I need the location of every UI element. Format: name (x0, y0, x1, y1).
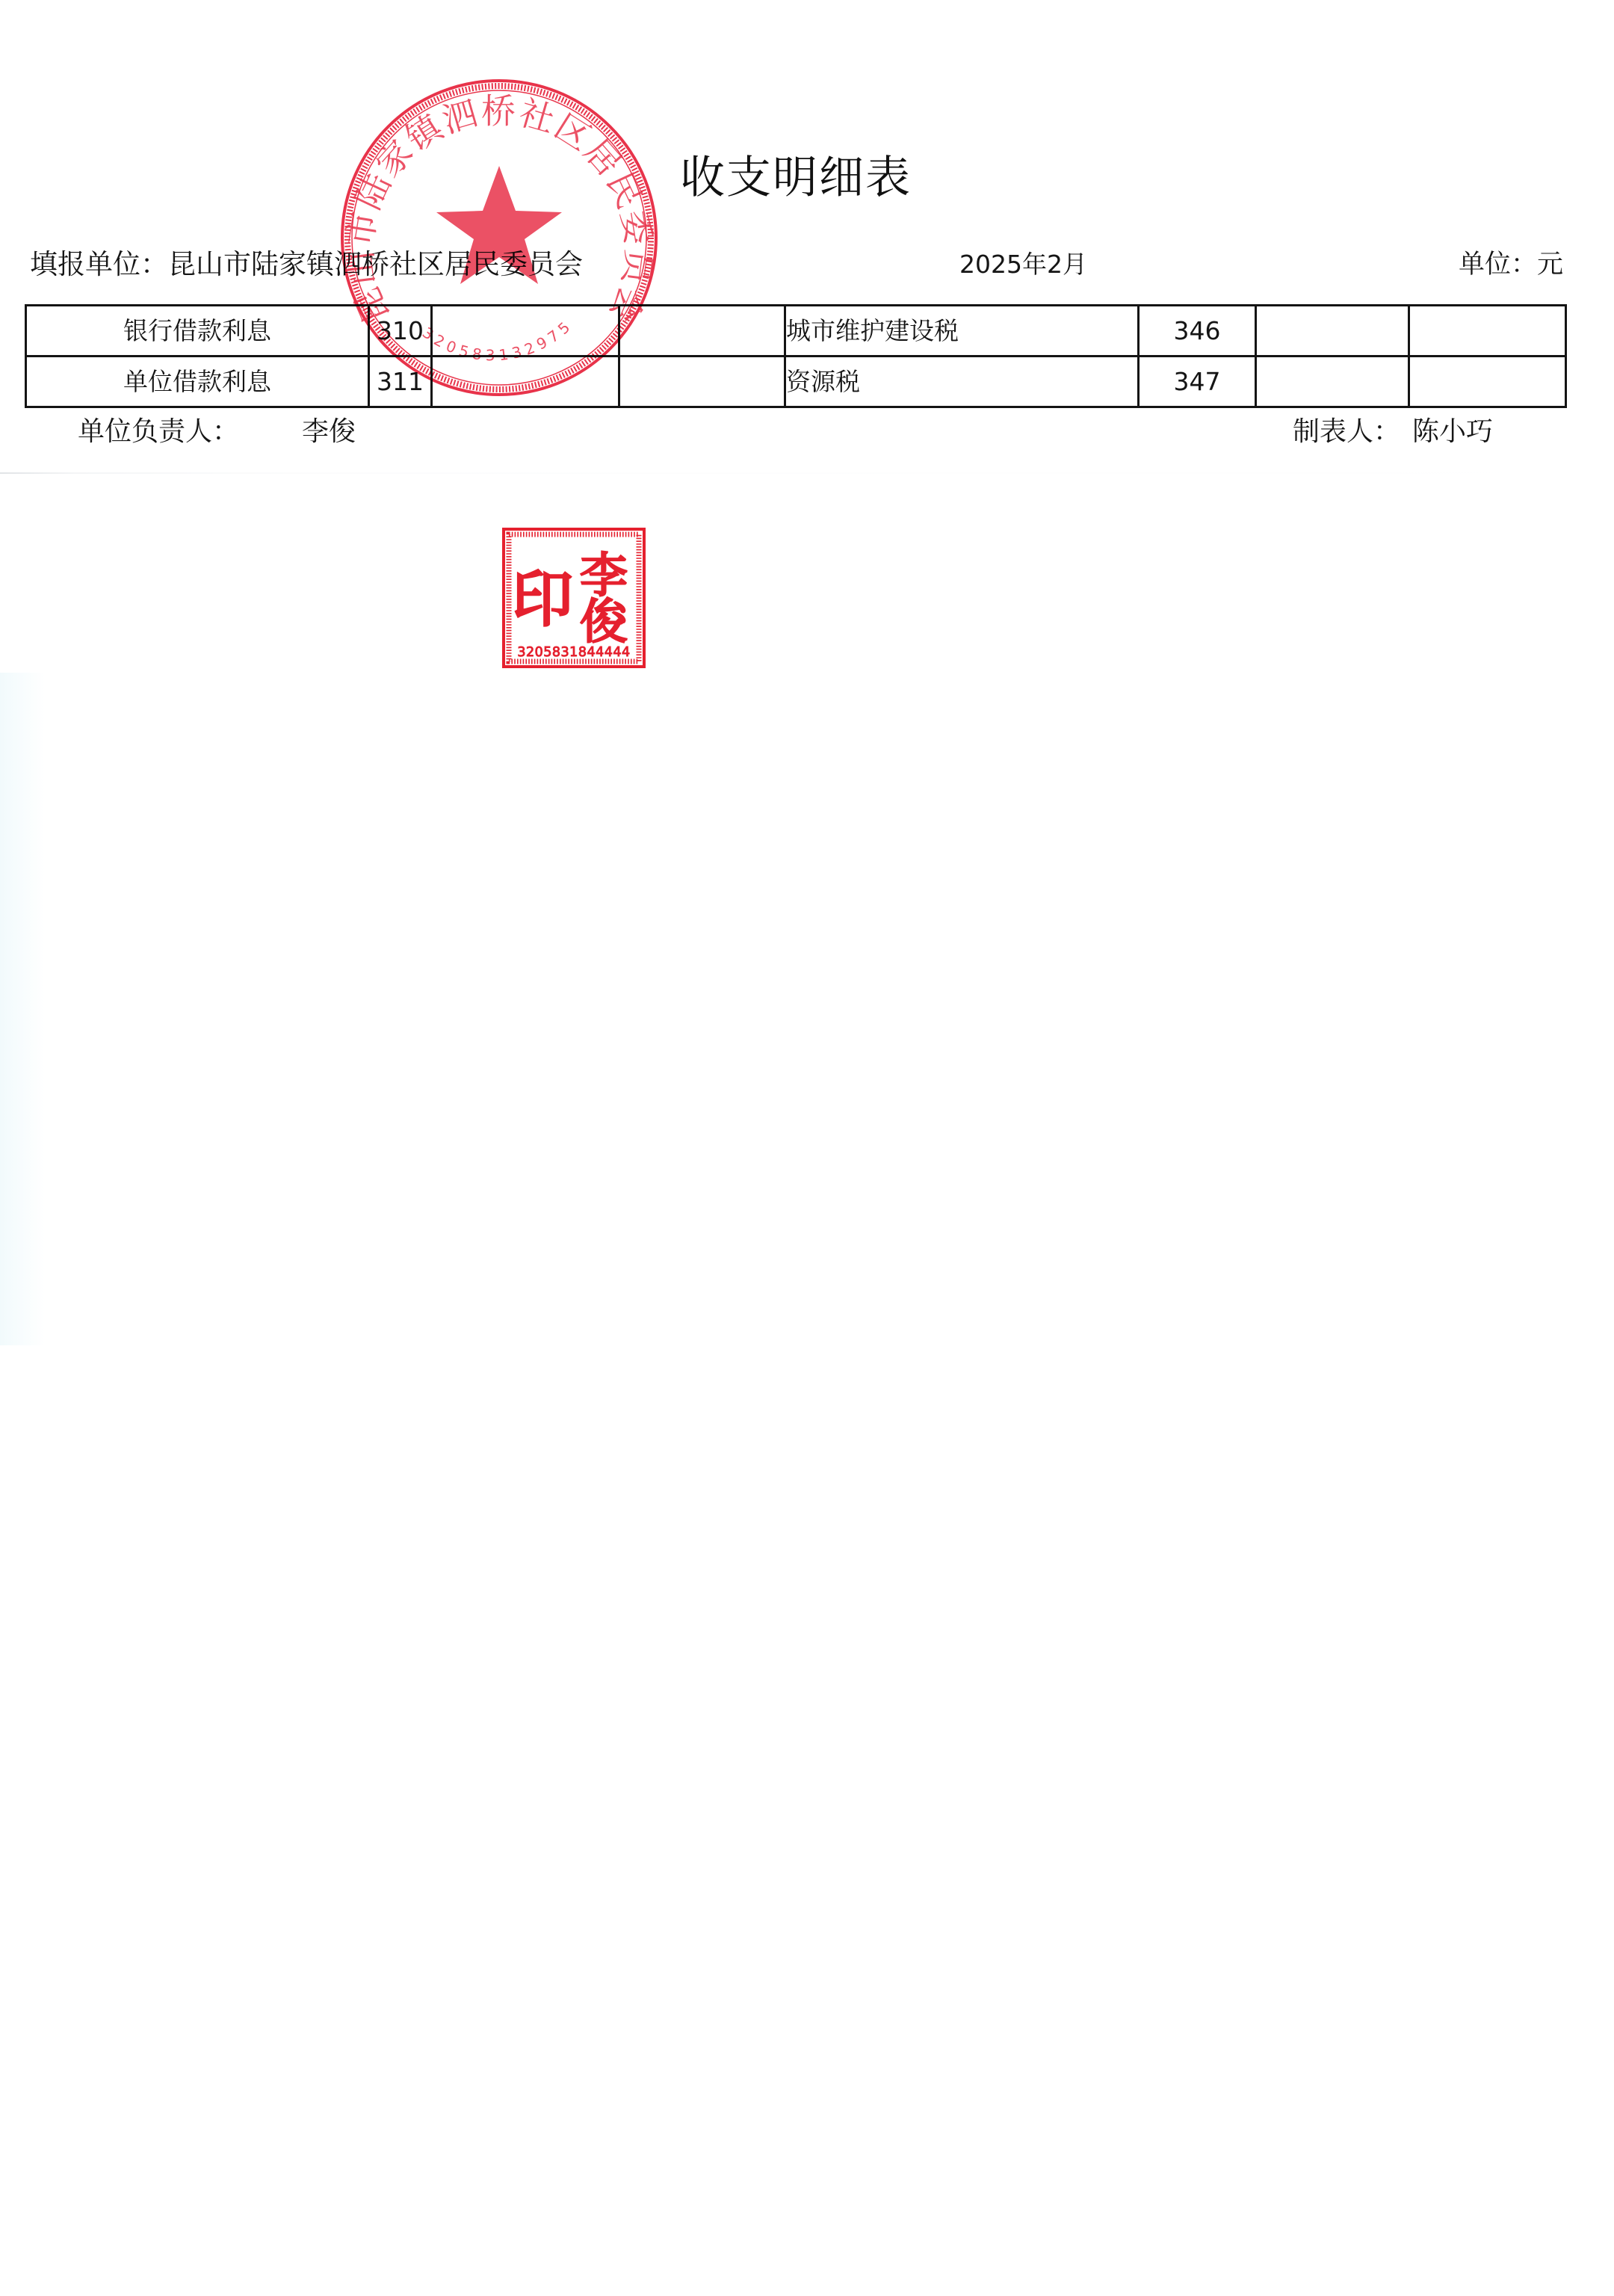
seal-char-li: 李 (580, 548, 628, 604)
preparer-label: 制表人： (1293, 416, 1400, 448)
seal-square-border (504, 529, 644, 667)
item-name: 银行借款利息 (26, 306, 369, 357)
item-code: 311 (369, 357, 432, 407)
fill-unit-label: 填报单位：昆山市陆家镇泗桥社区居民委员会 (30, 244, 583, 286)
table-row: 单位借款利息 311 资源税 347 (26, 357, 1566, 407)
seal-square-hatch (509, 534, 639, 661)
item-value-cell (1409, 357, 1566, 407)
item-value-cell (619, 306, 785, 357)
seal-square-code: 3205831844444 (517, 645, 630, 660)
scan-tint (0, 673, 45, 1345)
document-title: 收支明细表 (658, 148, 934, 208)
seal-char-jun: 俊 (580, 594, 628, 650)
item-code: 347 (1139, 357, 1256, 407)
item-value-cell (432, 306, 619, 357)
income-expense-table: 银行借款利息 310 城市维护建设税 346 单位借款利息 311 资源税 34… (25, 304, 1567, 408)
item-name: 资源税 (785, 357, 1139, 407)
item-value-cell (432, 357, 619, 407)
seal-arc-text: 昆山市陆家镇泗桥社区居民委员会 (339, 90, 660, 329)
unit-head-name: 李俊 (302, 416, 356, 448)
item-value-cell (1256, 306, 1409, 357)
item-value-cell (619, 357, 785, 407)
currency-unit: 单位：元 (1459, 244, 1563, 286)
item-code: 346 (1139, 306, 1256, 357)
table-row: 银行借款利息 310 城市维护建设税 346 (26, 306, 1566, 357)
item-code: 310 (369, 306, 432, 357)
personal-square-seal: 印 李 俊 3205831844444 (499, 525, 649, 671)
item-name: 城市维护建设税 (785, 306, 1139, 357)
report-period: 2025年2月 (959, 244, 1087, 286)
unit-head-label: 单位负责人： (78, 416, 239, 448)
item-value-cell (1409, 306, 1566, 357)
seal-char-yin: 印 (512, 564, 573, 635)
preparer-name: 陈小巧 (1412, 416, 1493, 448)
scan-artifact-line (0, 472, 1614, 474)
item-name: 单位借款利息 (26, 357, 369, 407)
item-value-cell (1256, 357, 1409, 407)
